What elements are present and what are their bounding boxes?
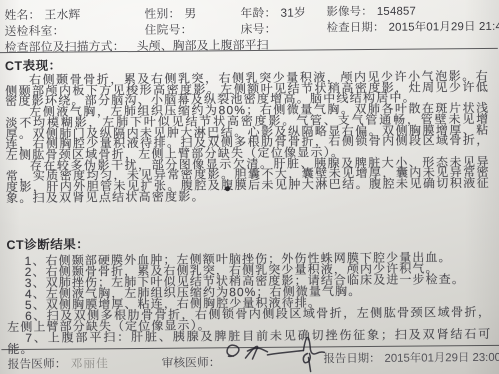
gender-label: 性别：: [144, 7, 180, 21]
exam-date-value: 2015年01月29日 21:46: [389, 21, 499, 34]
department-field: 送检科室：: [5, 22, 69, 40]
image-number-label: 影像号：: [326, 6, 372, 18]
image-number-value: 154857: [377, 6, 416, 18]
bed-number-label: 床号：: [241, 22, 277, 36]
ct-diagnosis-body: 1、右侧颞部硬膜外血肿；左侧额叶脑挫伤；外伤性蛛网膜下腔少量出血。 2、右侧颞骨…: [7, 252, 492, 355]
patient-name-field: 姓名：王水辉: [4, 5, 80, 23]
report-doctor-field: 报告医师：邓丽佳: [7, 354, 109, 372]
gender-field: 性别：男: [144, 4, 196, 21]
age-value: 31岁: [280, 6, 306, 20]
age-label: 年龄：: [240, 6, 276, 20]
gender-value: 男: [184, 6, 196, 20]
findings-paragraph: 左侧液气胸，左肺组织压缩约为80%；右侧微量气胸。双肺各叶散在斑片状浅淡不均模糊…: [5, 103, 489, 161]
report-date-value: 2015年01月29日 23:00: [384, 352, 499, 365]
report-doctor-label: 报告医师：: [7, 357, 66, 372]
ct-findings-section: CT表现： 右侧颞骨骨折，累及右侧乳突，右侧乳突少量积液，颅内见少许小气泡影。右…: [5, 52, 490, 204]
patient-name-label: 姓名：: [4, 8, 40, 22]
exam-date-field: 检查日期：2015年01月29日 21:46: [327, 18, 499, 36]
department-label: 送检科室：: [5, 24, 65, 39]
report-date-label: 报告日期：: [323, 353, 380, 365]
review-doctor-label: 审核医师：: [161, 355, 220, 370]
admission-number-field: 住院号：: [145, 20, 197, 37]
exam-date-label: 检查日期：: [327, 22, 385, 35]
ct-diagnosis-section: CT诊断结果： 1、右侧颞部硬膜外血肿；左侧额叶脑挫伤；外伤性蛛网膜下腔少量出血…: [6, 231, 491, 355]
review-doctor-field: 审核医师：: [161, 353, 220, 371]
image-number-field: 影像号：154857: [326, 3, 416, 20]
ink-dot: [225, 186, 230, 191]
report-doctor-value: 邓丽佳: [70, 356, 109, 370]
report-date-field: 报告日期：2015年01月29日 23:00: [323, 349, 499, 367]
ct-findings-body: 右侧颞骨骨折，累及右侧乳突，右侧乳突少量积液，颅内见少许小气泡影。右侧颞部颅内板…: [5, 71, 490, 204]
ct-report-document: 姓名：王水辉 性别：男 年龄：31岁 影像号：154857 送检科室： 住院号：…: [0, 0, 499, 374]
findings-paragraph: 存在较多伪影干扰，部分图像显示欠清。肝脏、胰腺及脾脏大小、形态未见异常，实质密度…: [6, 157, 490, 204]
paper-sheet: 姓名：王水辉 性别：男 年龄：31岁 影像号：154857 送检科室： 住院号：…: [0, 0, 499, 374]
patient-name-value: 王水辉: [44, 7, 80, 21]
report-footer: 报告医师：邓丽佳 审核医师： 报告日期：2015年01月29日 23:00: [7, 349, 499, 374]
bed-number-field: 床号：: [241, 20, 281, 37]
age-field: 年龄：31岁: [240, 4, 306, 22]
admission-number-label: 住院号：: [145, 22, 193, 36]
